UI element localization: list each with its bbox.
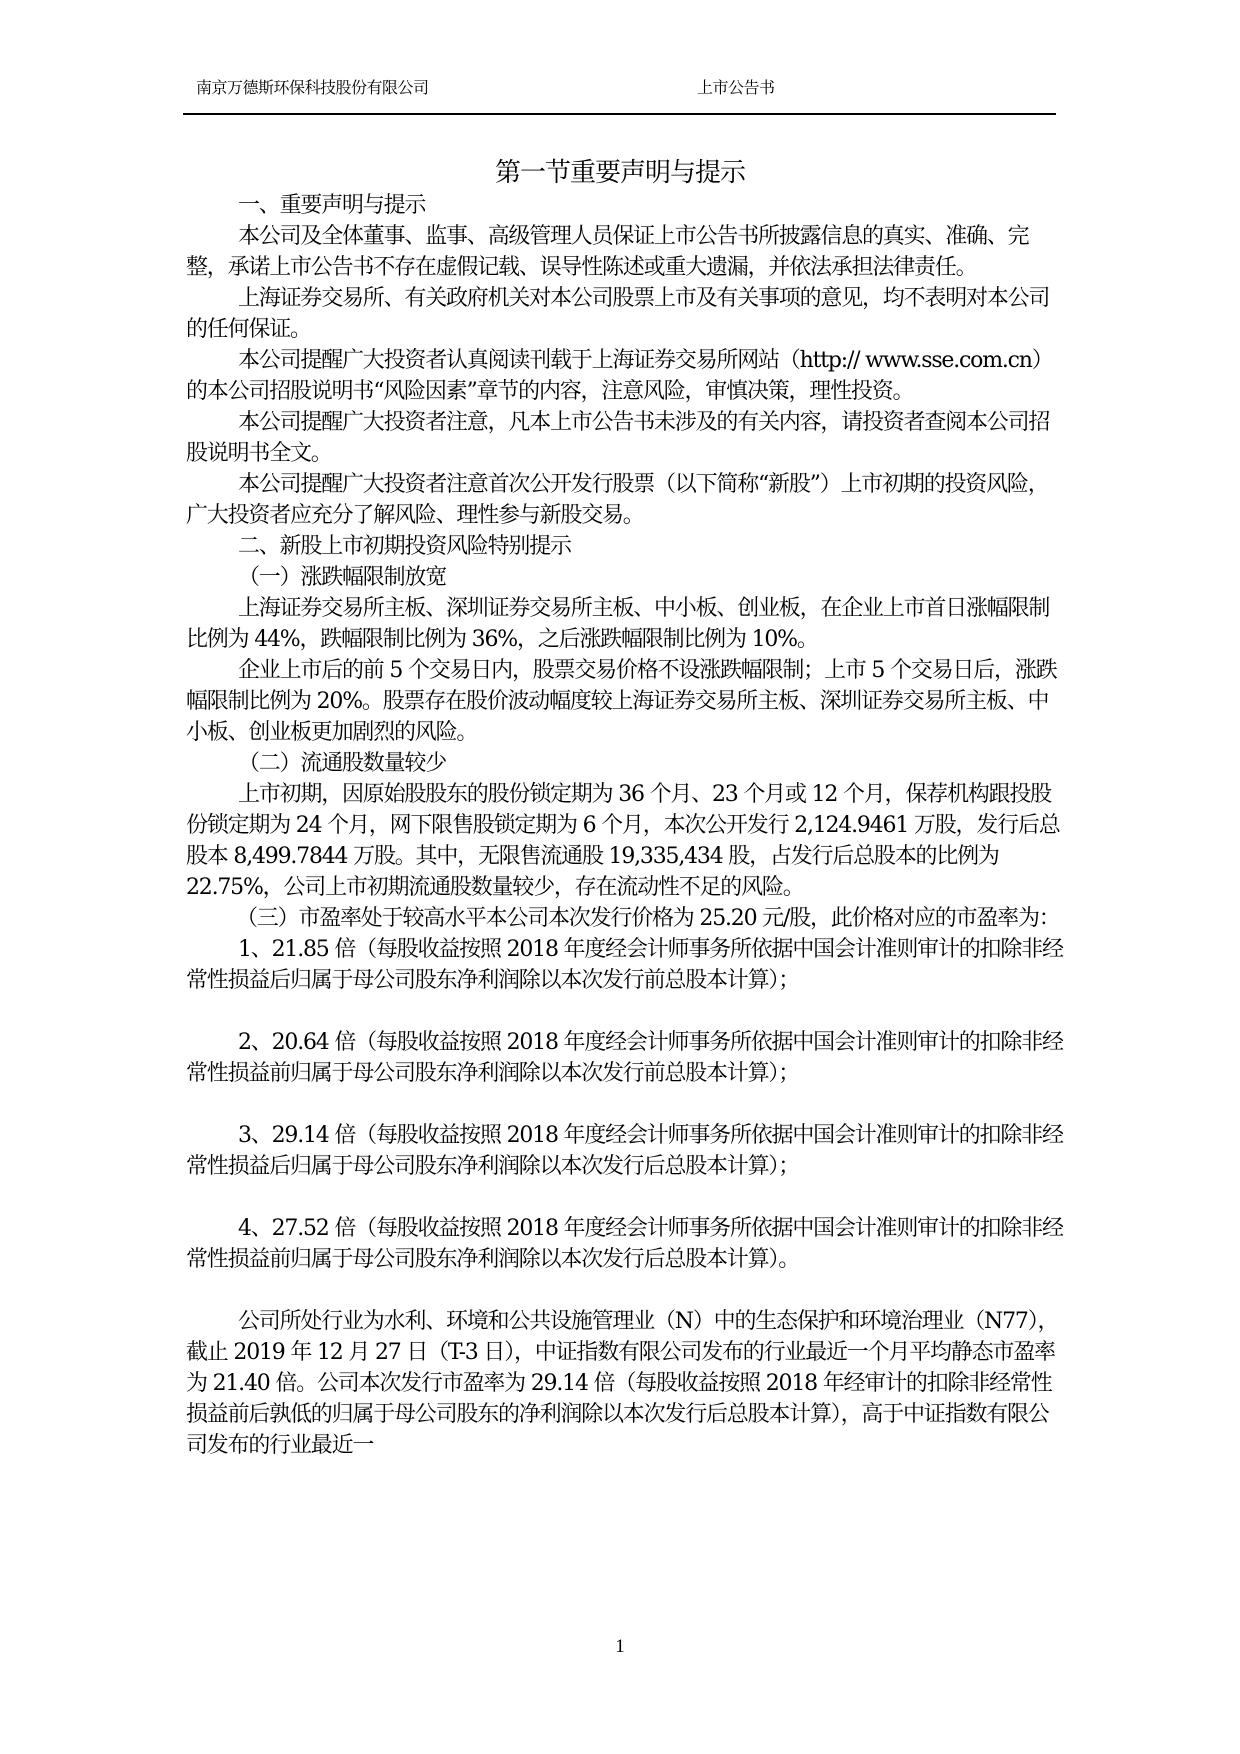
pe-item-3: 3、29.14 倍（每股收益按照 2018 年度经会计师事务所依据中国会计准则审… <box>186 1120 1066 1182</box>
item-heading-float-shares: （二）流通股数量较少 <box>186 748 1066 779</box>
document-body: 一、重要声明与提示 本公司及全体董事、监事、高级管理人员保证上市公告书所披露信息… <box>186 190 1066 1461</box>
item-heading-pe-ratio: （三）市盈率处于较高水平本公司本次发行价格为 25.20 元/股，此价格对应的市… <box>186 903 1066 934</box>
section-title: 第一节重要声明与提示 <box>0 152 1240 189</box>
paragraph: 本公司及全体董事、监事、高级管理人员保证上市公告书所披露信息的真实、准确、完整，… <box>186 221 1066 283</box>
header-rule <box>183 113 1056 115</box>
paragraph: 上海证券交易所主板、深圳证券交易所主板、中小板、创业板，在企业上市首日涨幅限制比… <box>186 593 1066 655</box>
spacer <box>186 1182 1066 1213</box>
pe-item-2: 2、20.64 倍（每股收益按照 2018 年度经会计师事务所依据中国会计准则审… <box>186 1027 1066 1089</box>
spacer <box>186 996 1066 1027</box>
header-company-name: 南京万德斯环保科技股份有限公司 <box>196 75 429 98</box>
spacer <box>186 1089 1066 1120</box>
spacer <box>186 1275 1066 1306</box>
item-heading-price-limit: （一）涨跌幅限制放宽 <box>186 562 1066 593</box>
page-number: 1 <box>0 1636 1240 1658</box>
subsection-heading-2: 二、新股上市初期投资风险特别提示 <box>186 531 1066 562</box>
paragraph: 企业上市后的前 5 个交易日内，股票交易价格不设涨跌幅限制；上市 5 个交易日后… <box>186 655 1066 748</box>
header-document-type: 上市公告书 <box>697 75 775 98</box>
pe-item-1: 1、21.85 倍（每股收益按照 2018 年度经会计师事务所依据中国会计准则审… <box>186 934 1066 996</box>
paragraph: 本公司提醒广大投资者注意首次公开发行股票（以下简称“新股”）上市初期的投资风险，… <box>186 469 1066 531</box>
document-page: 南京万德斯环保科技股份有限公司 上市公告书 第一节重要声明与提示 一、重要声明与… <box>0 0 1240 1754</box>
pe-item-4: 4、27.52 倍（每股收益按照 2018 年度经会计师事务所依据中国会计准则审… <box>186 1213 1066 1275</box>
paragraph-website-reference: 本公司提醒广大投资者认真阅读刊载于上海证券交易所网站（http:// www.s… <box>186 345 1066 407</box>
paragraph: 本公司提醒广大投资者注意，凡本上市公告书未涉及的有关内容，请投资者查阅本公司招股… <box>186 407 1066 469</box>
paragraph: 上海证券交易所、有关政府机关对本公司股票上市及有关事项的意见，均不表明对本公司的… <box>186 283 1066 345</box>
paragraph-industry-pe: 公司所处行业为水利、环境和公共设施管理业（N）中的生态保护和环境治理业（N77）… <box>186 1306 1066 1461</box>
paragraph: 上市初期，因原始股股东的股份锁定期为 36 个月、23 个月或 12 个月，保荐… <box>186 779 1066 903</box>
subsection-heading-1: 一、重要声明与提示 <box>186 190 1066 221</box>
